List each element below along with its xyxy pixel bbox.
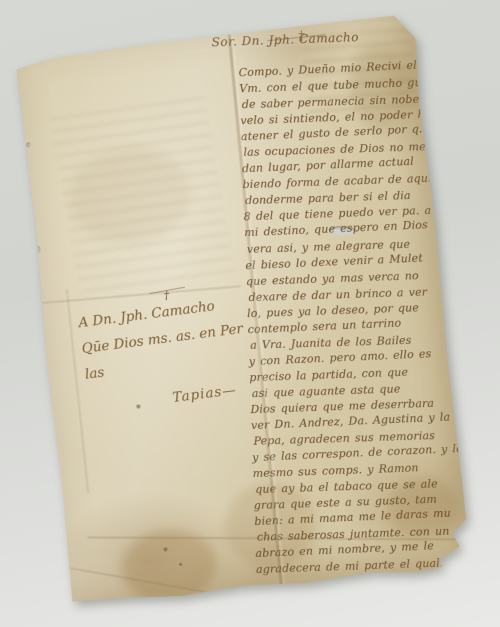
letter-paper: † Sor. Dn. Jph. Camacho Compo. y Dueño m… — [15, 14, 471, 609]
letter-body-text: Compo. y Dueño mio Recivi el deVm. con e… — [238, 59, 432, 578]
salutation: Sor. Dn. Jph. Camacho — [211, 30, 359, 49]
address-block: † A Dn. Jph. CamachoQūe Dios ms. as. en … — [77, 287, 275, 421]
photo-background: † Sor. Dn. Jph. Camacho Compo. y Dueño m… — [0, 0, 500, 627]
letter-paper-wrap: † Sor. Dn. Jph. Camacho Compo. y Dueño m… — [15, 14, 471, 609]
